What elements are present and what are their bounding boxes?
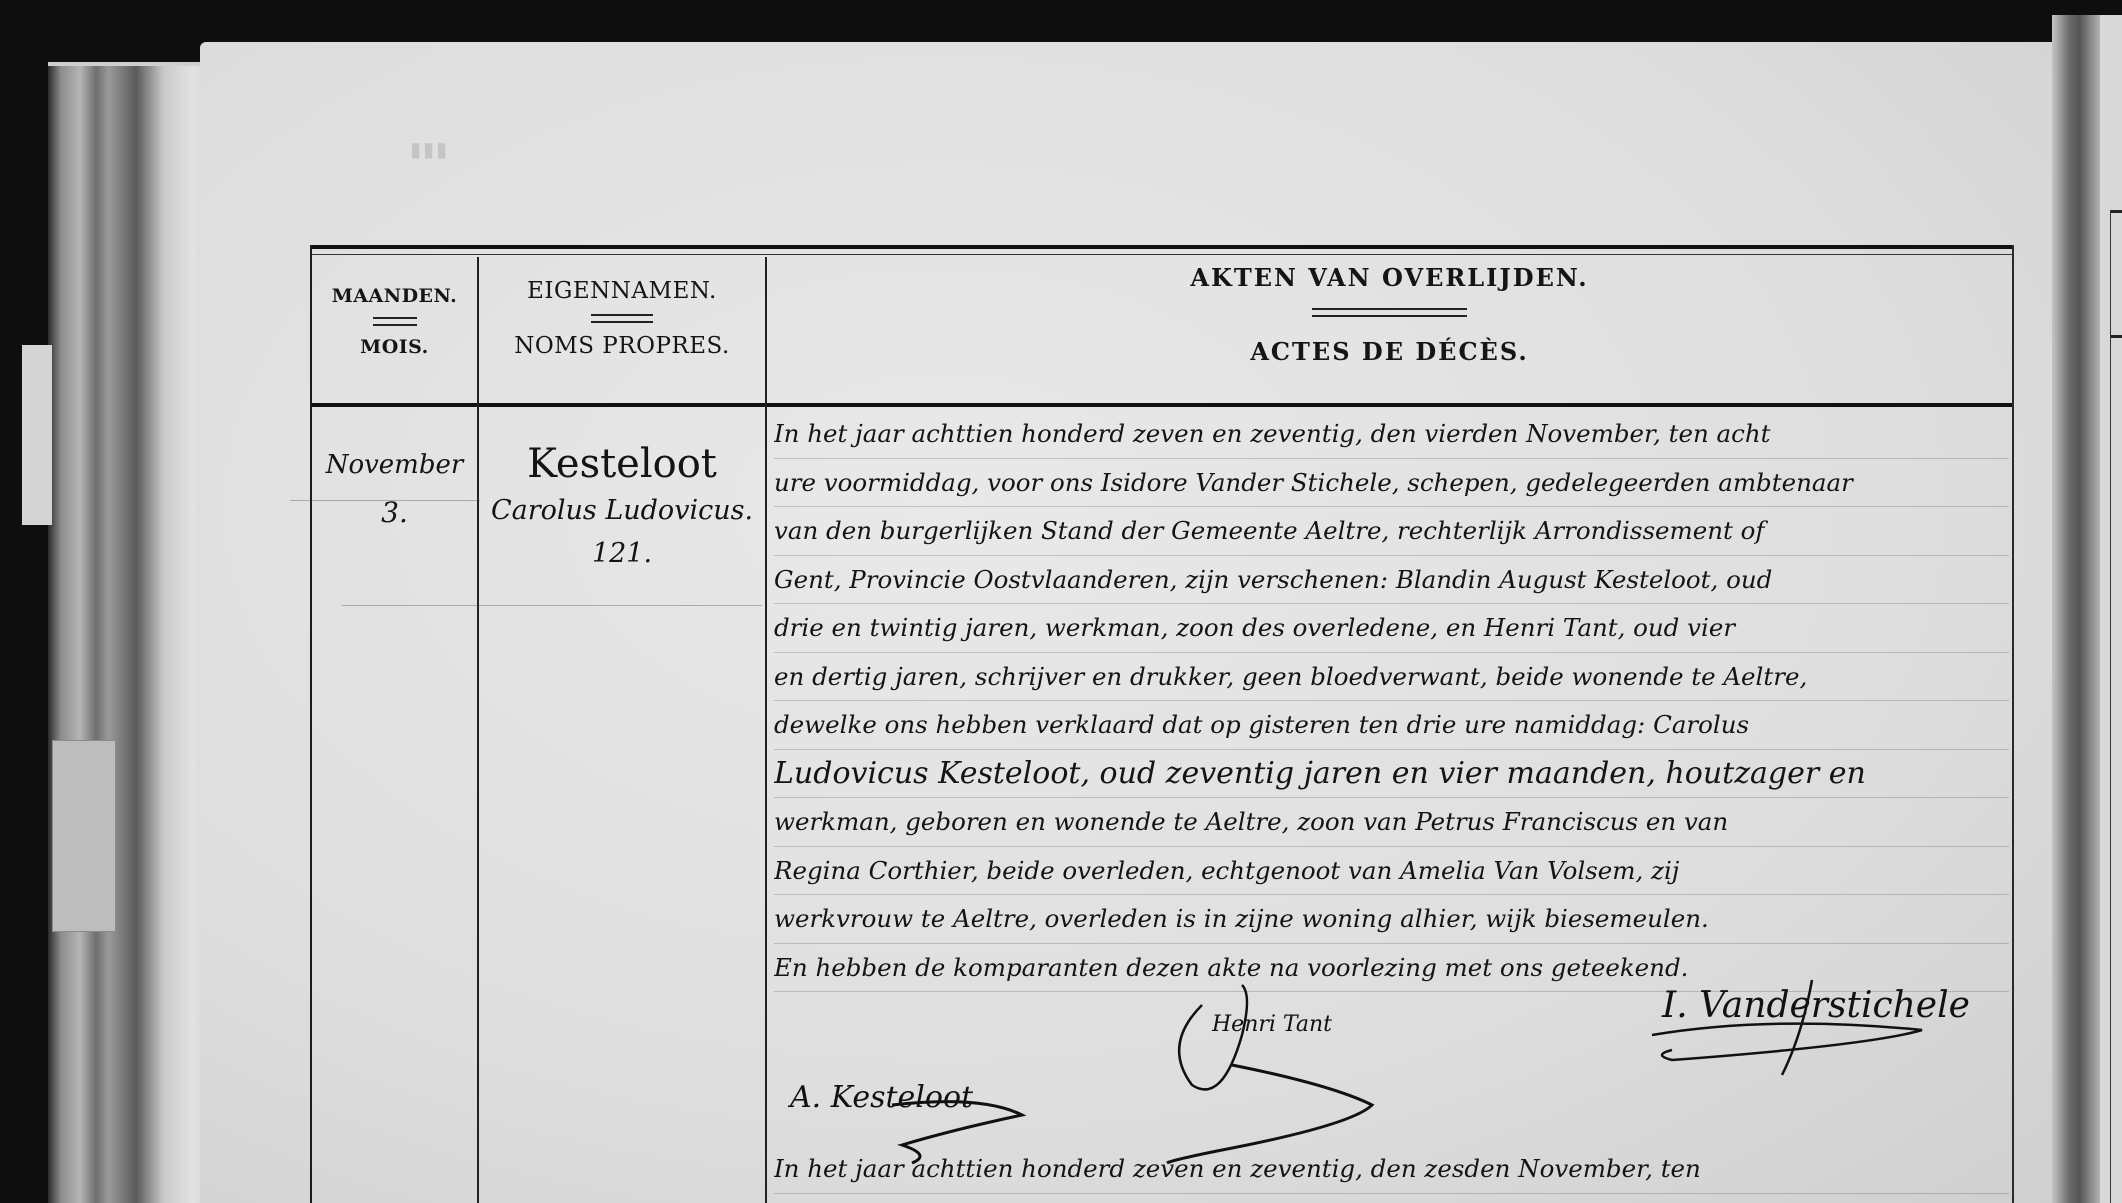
act-line: Gent, Provincie Oostvlaanderen, zijn ver…: [774, 556, 2009, 605]
book-gutter: [2052, 15, 2102, 1203]
table-top-rule-thin: [312, 254, 2012, 255]
entry-name: Kesteloot Carolus Ludovicus. 121.: [479, 441, 765, 569]
act-line: drie en twintig jaren, werkman, zoon des…: [774, 604, 2009, 653]
header-acts-dutch: AKTEN VAN OVERLIJDEN.: [767, 263, 2012, 292]
signature-flourishes: [772, 975, 2012, 1165]
header-months-dutch: MAANDEN.: [312, 285, 477, 307]
double-rule-separator: [591, 314, 653, 323]
book-binding-edge: [48, 62, 208, 1203]
guide-line: [342, 605, 762, 606]
act-line: en dertig jaren, schrijver en drukker, g…: [774, 653, 2009, 702]
header-acts: AKTEN VAN OVERLIJDEN. ACTES DE DÉCÈS.: [767, 263, 2012, 366]
act-line: ure voormiddag, voor ons Isidore Vander …: [774, 459, 2009, 508]
act-line: Regina Corthier, beide overleden, echtge…: [774, 847, 2009, 896]
act-line: In het jaar achttien honderd zeven en ze…: [774, 1145, 2009, 1194]
double-rule-separator: [1312, 308, 1467, 317]
facing-table-rule: [2110, 335, 2122, 338]
act-line: werkman, geboren en wonende te Aeltre, z…: [774, 798, 2009, 847]
header-acts-french: ACTES DE DÉCÈS.: [767, 337, 2012, 366]
header-names-french: NOMS PROPRES.: [479, 333, 765, 359]
table-header-rule: [312, 403, 2012, 407]
act-line: dewelke ons hebben verklaard dat op gist…: [774, 701, 2009, 750]
act-line: In het jaar achttien honderd zeven en ze…: [774, 410, 2009, 459]
header-months: MAANDEN. MOIS.: [312, 285, 477, 358]
double-rule-separator: [373, 317, 417, 326]
act-text: In het jaar achttien honderd zeven en ze…: [774, 410, 2009, 992]
act-line: van den burgerlijken Stand der Gemeente …: [774, 507, 2009, 556]
facing-table-border: [2110, 210, 2111, 1203]
entry-month: November: [312, 450, 477, 480]
death-records-table: MAANDEN. MOIS. EIGENNAMEN. NOMS PROPRES.…: [310, 245, 2014, 1203]
entry-surname: Kesteloot: [479, 441, 765, 487]
page-tab-top: [22, 345, 52, 525]
bleedthrough-stamp: ▮▮▮: [410, 137, 449, 161]
next-act-text: In het jaar achttien honderd zeven en ze…: [774, 1145, 2009, 1194]
column-divider-names: [765, 257, 767, 1203]
entry-act-number: 121.: [479, 538, 765, 569]
entry-given-names: Carolus Ludovicus.: [479, 495, 765, 526]
header-names: EIGENNAMEN. NOMS PROPRES.: [479, 278, 765, 359]
page-tab-marker: [52, 740, 116, 932]
facing-table-rule: [2110, 210, 2122, 213]
entry-date: November 3.: [312, 450, 477, 529]
header-months-french: MOIS.: [312, 336, 477, 358]
facing-page-edge: [2100, 15, 2122, 1203]
act-line: werkvrouw te Aeltre, overleden is in zij…: [774, 895, 2009, 944]
entry-day: 3.: [312, 496, 477, 529]
act-line: Ludovicus Kesteloot, oud zeventig jaren …: [774, 750, 2009, 799]
column-divider-months: [477, 257, 479, 1203]
table-top-rule: [312, 245, 2012, 249]
header-names-dutch: EIGENNAMEN.: [479, 278, 765, 304]
